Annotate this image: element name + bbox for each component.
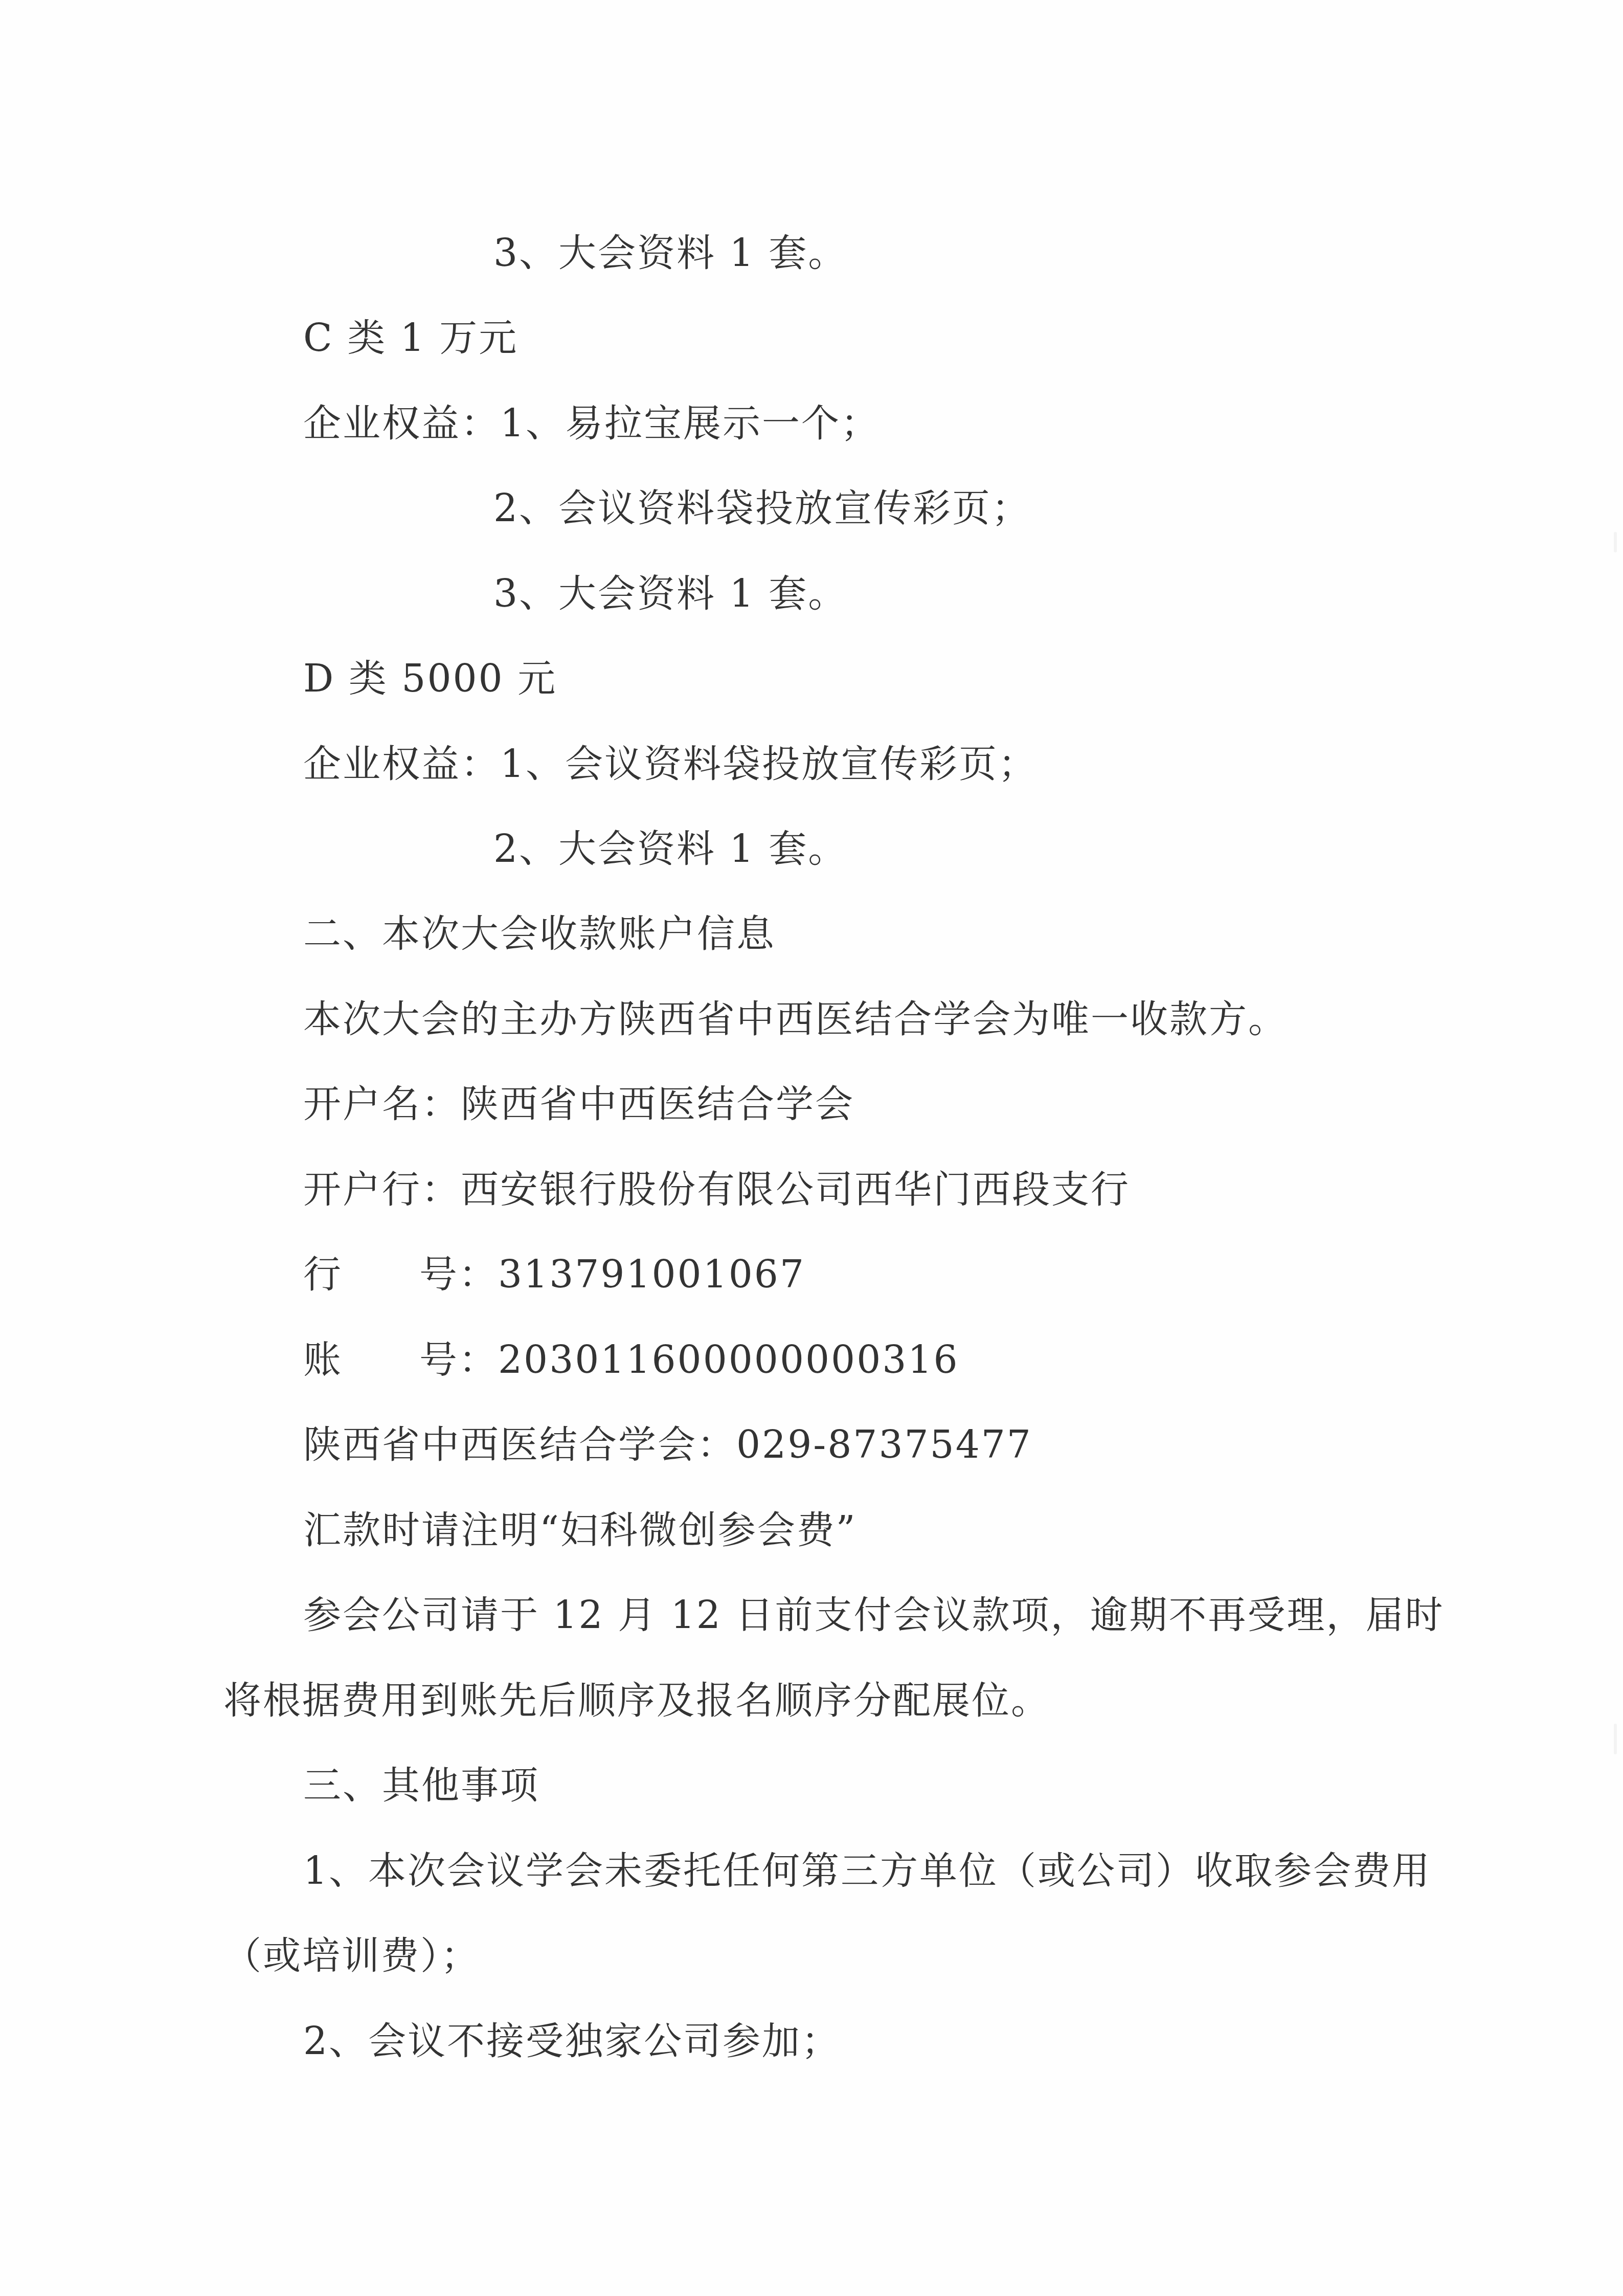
deadline-line-2: 将根据费用到账先后顺序及报名顺序分配展位。	[223, 1680, 1050, 1721]
bank-value: 西安银行股份有限公司西华门西段支行	[461, 1168, 1130, 1212]
c-class-item-3: 3、大会资料 1 套。	[493, 573, 847, 614]
other-item-1-line-1: 1、本次会议学会未委托任何第三方单位（或公司）收取参会费用	[303, 1851, 1431, 1891]
d-class-benefit-1: 企业权益：1、会议资料袋投放宣传彩页；	[303, 744, 1038, 785]
bank-code-label-2: 号：	[419, 1253, 498, 1297]
d-class-item-2: 2、大会资料 1 套。	[493, 829, 847, 870]
deadline-line-1: 参会公司请于 12 月 12 日前支付会议款项，逾期不再受理，届时	[303, 1595, 1444, 1636]
section3-heading: 三、其他事项	[303, 1765, 539, 1806]
account-no-label-2: 号：	[419, 1338, 498, 1382]
remit-note: 汇款时请注明“妇科微创参会费”	[303, 1510, 857, 1551]
bank-code-label-1: 行	[303, 1253, 343, 1297]
phone-label: 陕西省中西医结合学会：	[303, 1423, 736, 1467]
scan-artifact	[1614, 532, 1617, 552]
c-class-benefits-label: 企业权益：	[303, 402, 500, 445]
account-name-row: 开户名：陕西省中西医结合学会	[303, 1084, 854, 1125]
account-name-value: 陕西省中西医结合学会	[461, 1082, 854, 1126]
account-no-value: 203011600000000316	[498, 1338, 959, 1382]
section2-heading: 二、本次大会收款账户信息	[303, 913, 776, 954]
c-class-benefit-1: 企业权益：1、易拉宝展示一个；	[303, 403, 880, 444]
sole-payee-note: 本次大会的主办方陕西省中西医结合学会为唯一收款方。	[303, 999, 1288, 1040]
other-item-2: 2、会议不接受独家公司参加；	[303, 2021, 841, 2062]
d-class-item-1: 1、会议资料袋投放宣传彩页；	[500, 742, 1038, 786]
c-class-item-2: 2、会议资料袋投放宣传彩页；	[493, 488, 1031, 529]
c-class-item-1: 1、易拉宝展示一个；	[500, 402, 880, 445]
document-page: 3、大会资料 1 套。 C 类 1 万元 企业权益：1、易拉宝展示一个； 2、会…	[0, 0, 1623, 2296]
phone-value: 029-87375477	[736, 1423, 1032, 1467]
d-class-heading: D 类 5000 元	[303, 658, 557, 699]
bank-code-row: 行号：313791001067	[303, 1254, 805, 1295]
bank-row: 开户行：西安银行股份有限公司西华门西段支行	[303, 1169, 1130, 1210]
account-no-row: 账号：203011600000000316	[303, 1340, 959, 1380]
account-no-label-1: 账	[303, 1338, 343, 1382]
d-class-benefits-label: 企业权益：	[303, 742, 500, 786]
bank-label: 开户行：	[303, 1168, 461, 1212]
account-name-label: 开户名：	[303, 1082, 461, 1126]
bank-code-value: 313791001067	[498, 1253, 805, 1297]
c-class-heading: C 类 1 万元	[303, 318, 518, 359]
b-class-item-3: 3、大会资料 1 套。	[493, 233, 847, 274]
other-item-1-line-2: （或培训费）；	[223, 1935, 480, 1976]
scan-artifact	[1614, 1724, 1617, 1754]
phone-row: 陕西省中西医结合学会：029-87375477	[303, 1424, 1032, 1465]
